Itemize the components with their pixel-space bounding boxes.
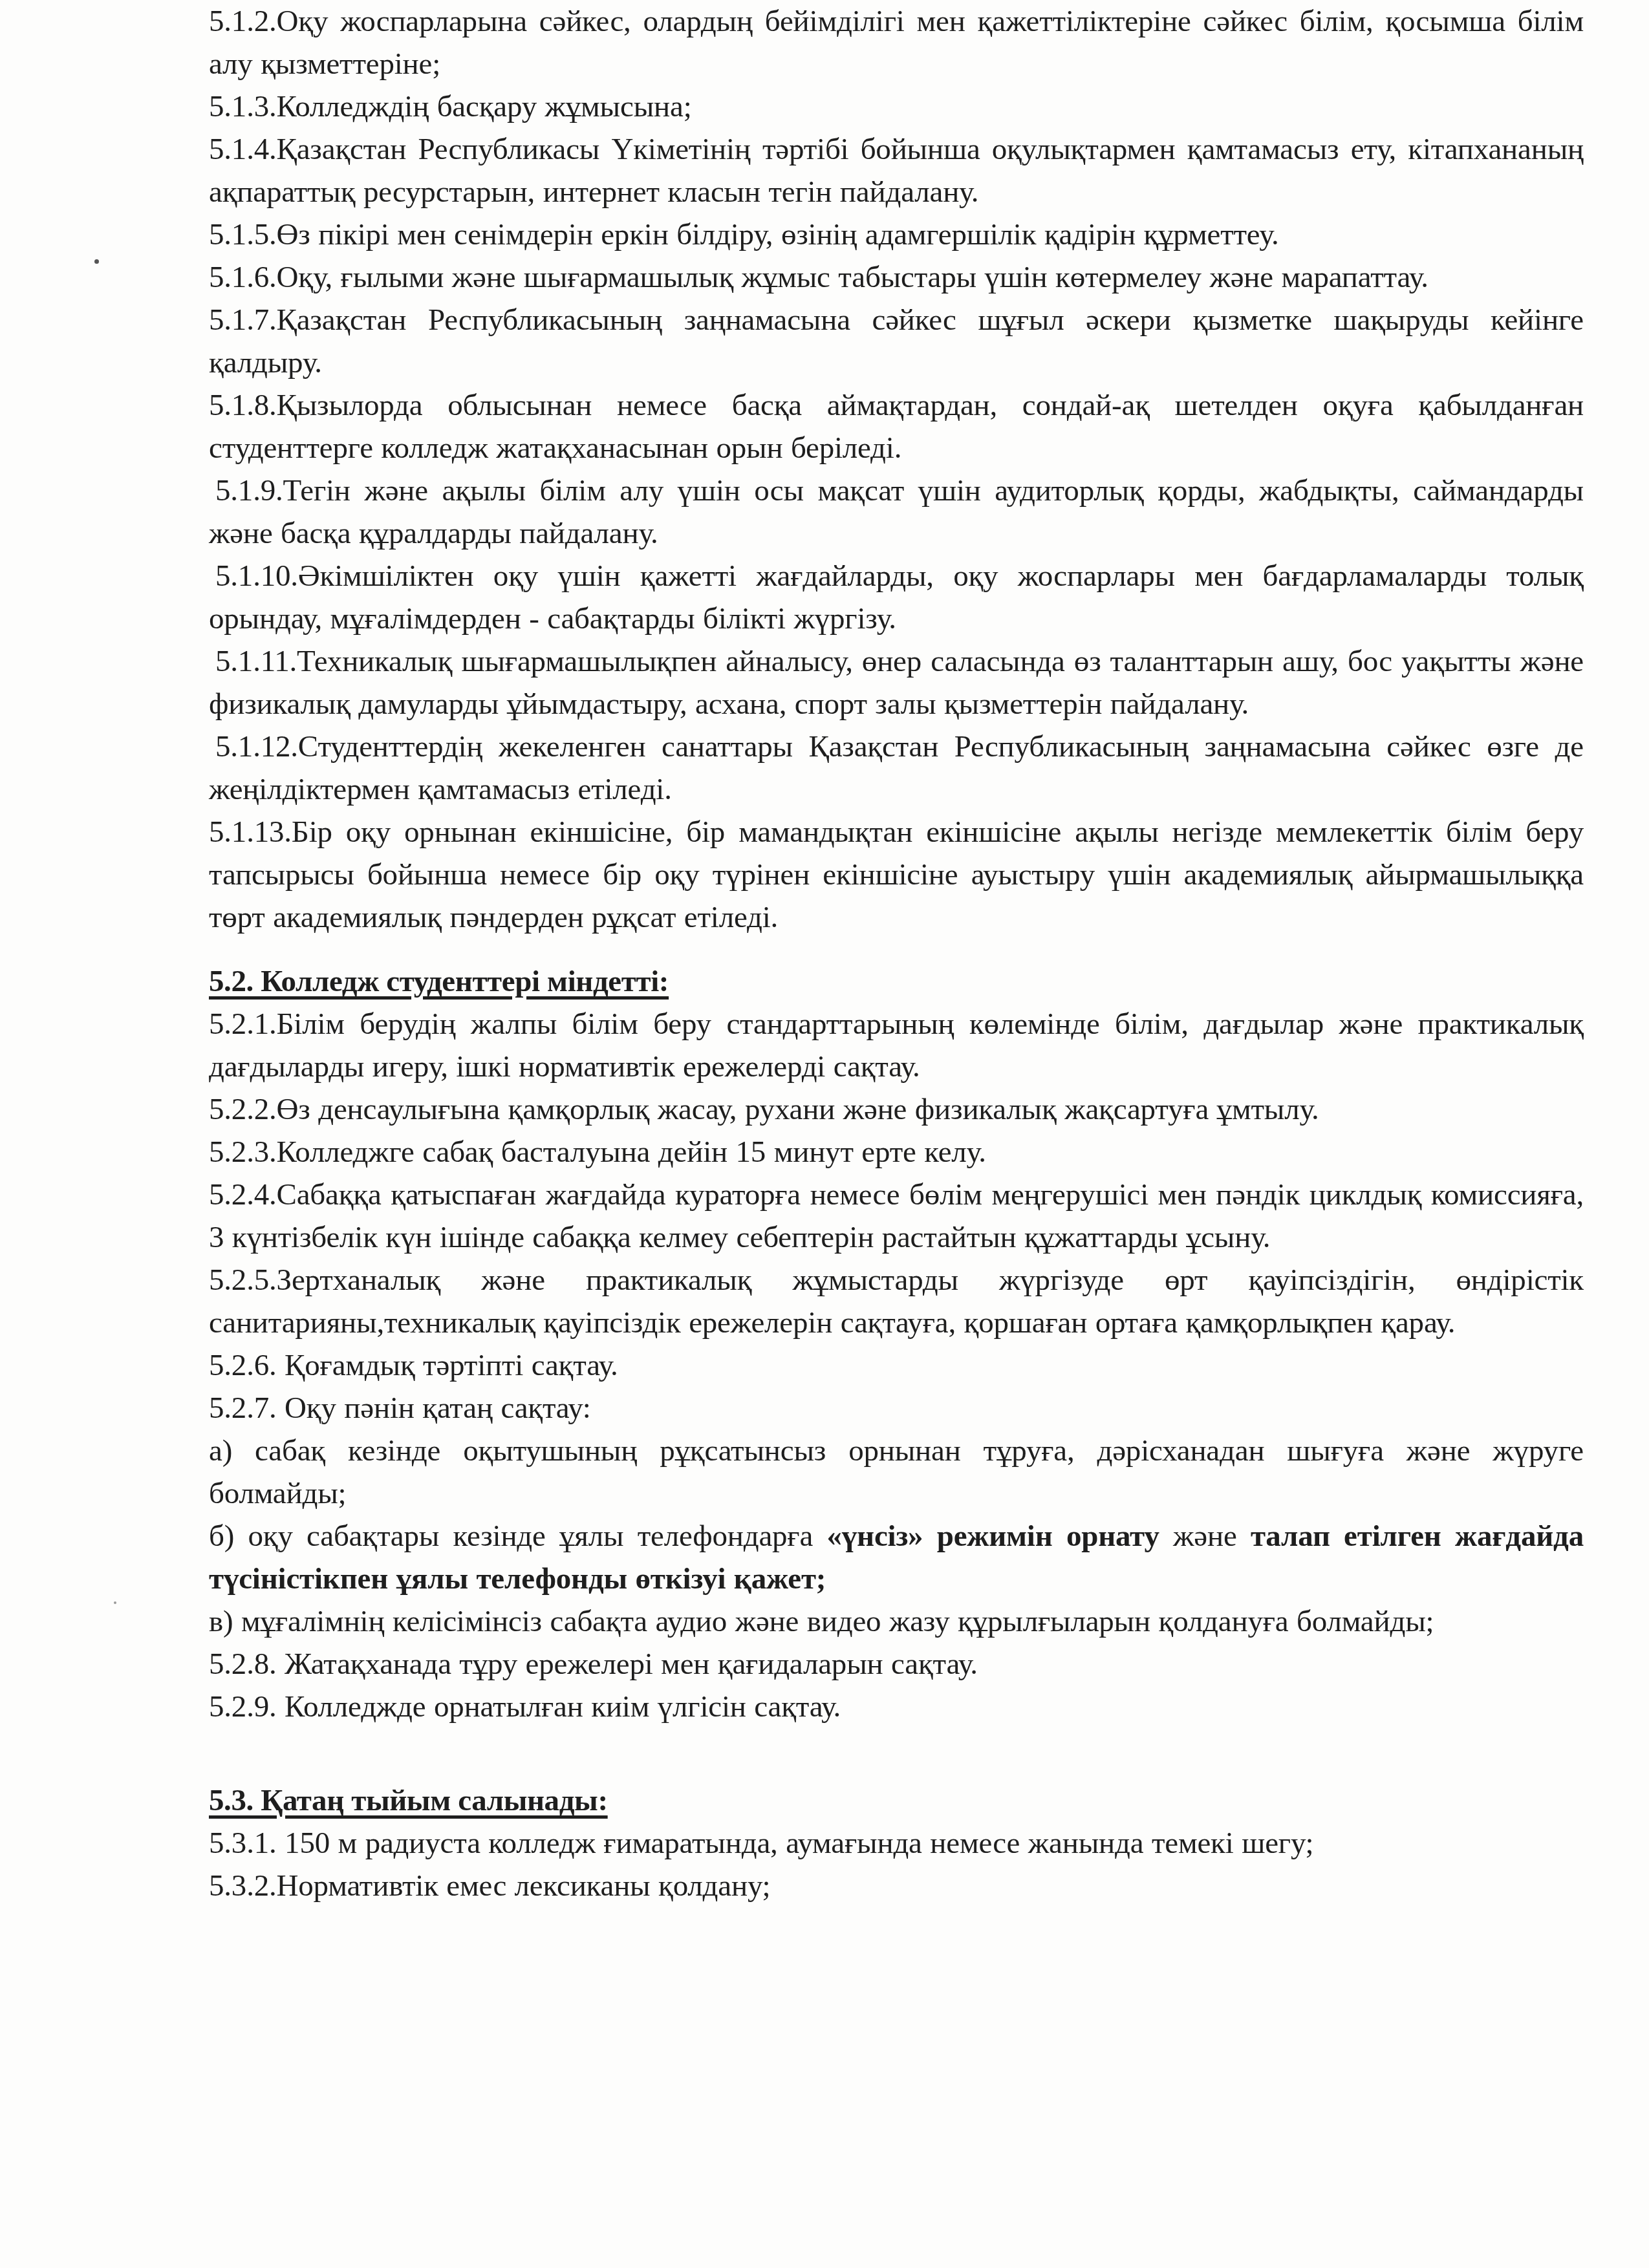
item-5-1-3: 5.1.3.Колледждің басқару жұмысына; [209, 85, 1584, 128]
item-5-1-9: 5.1.9.Тегін және ақылы білім алу үшін ос… [209, 469, 1584, 555]
item-5-2-7-b-bold-1: «үнсіз» режимін орнату [826, 1519, 1159, 1553]
item-5-2-7-v: в) мұғалімнің келісімінсіз сабақта аудио… [209, 1600, 1584, 1643]
item-5-1-11: 5.1.11.Техникалық шығармашылықпен айналы… [209, 640, 1584, 725]
item-5-1-10: 5.1.10.Әкімшіліктен оқу үшін қажетті жағ… [209, 555, 1584, 640]
item-5-1-13: 5.1.13.Бір оқу орнынан екіншісіне, бір м… [209, 811, 1584, 939]
item-5-2-7-b: б) оқу сабақтары кезінде ұялы телефондар… [209, 1515, 1584, 1600]
item-5-2-7-b-text: б) оқу сабақтары кезінде ұялы телефондар… [209, 1519, 826, 1553]
scan-speck [114, 1601, 116, 1604]
item-5-1-6: 5.1.6.Оқу, ғылыми және шығармашылық жұмы… [209, 256, 1584, 299]
item-5-1-8: 5.1.8.Қызылорда облысынан немесе басқа а… [209, 384, 1584, 469]
item-5-2-2: 5.2.2.Өз денсаулығына қамқорлық жасау, р… [209, 1088, 1584, 1131]
item-5-1-5: 5.1.5.Өз пікірі мен сенімдерін еркін біл… [209, 213, 1584, 256]
item-5-2-9: 5.2.9. Колледжде орнатылған киім үлгісін… [209, 1685, 1584, 1728]
section-heading-5-3: 5.3. Қатаң тыйым салынады: [209, 1779, 608, 1822]
item-5-2-5: 5.2.5.Зертханалық және практикалық жұмыс… [209, 1259, 1584, 1344]
item-5-2-6: 5.2.6. Қоғамдық тәртіпті сақтау. [209, 1344, 1584, 1387]
section-heading-5-2: 5.2. Колледж студенттері міндетті: [209, 960, 669, 1003]
item-5-3-2: 5.3.2.Нормативтік емес лексиканы қолдану… [209, 1865, 1584, 1907]
item-5-2-1: 5.2.1.Білім берудің жалпы білім беру ста… [209, 1003, 1584, 1088]
item-5-2-7-b-mid: және [1159, 1519, 1251, 1553]
item-5-1-7: 5.1.7.Қазақстан Республикасының заңнамас… [209, 299, 1584, 384]
scan-speck [94, 259, 99, 264]
item-5-3-1: 5.3.1. 150 м радиуста колледж ғимаратынд… [209, 1822, 1584, 1865]
item-5-2-3: 5.2.3.Колледжге сабақ басталуына дейін 1… [209, 1131, 1584, 1173]
item-5-1-2: 5.1.2.Оқу жоспарларына сәйкес, олардың б… [209, 0, 1584, 85]
item-5-1-4: 5.1.4.Қазақстан Республикасы Үкіметінің … [209, 128, 1584, 213]
item-5-1-12: 5.1.12.Студенттердің жекеленген санаттар… [209, 725, 1584, 811]
item-5-2-7: 5.2.7. Оқу пәнін қатаң сақтау: [209, 1387, 1584, 1429]
item-5-2-8: 5.2.8. Жатақханада тұру ережелері мен қа… [209, 1643, 1584, 1685]
scanned-document-page: 5.1.2.Оқу жоспарларына сәйкес, олардың б… [0, 0, 1649, 2268]
item-5-2-4: 5.2.4.Сабаққа қатыспаған жағдайда курато… [209, 1173, 1584, 1259]
item-5-2-7-a: а) сабақ кезінде оқытушының рұқсатынсыз … [209, 1429, 1584, 1515]
